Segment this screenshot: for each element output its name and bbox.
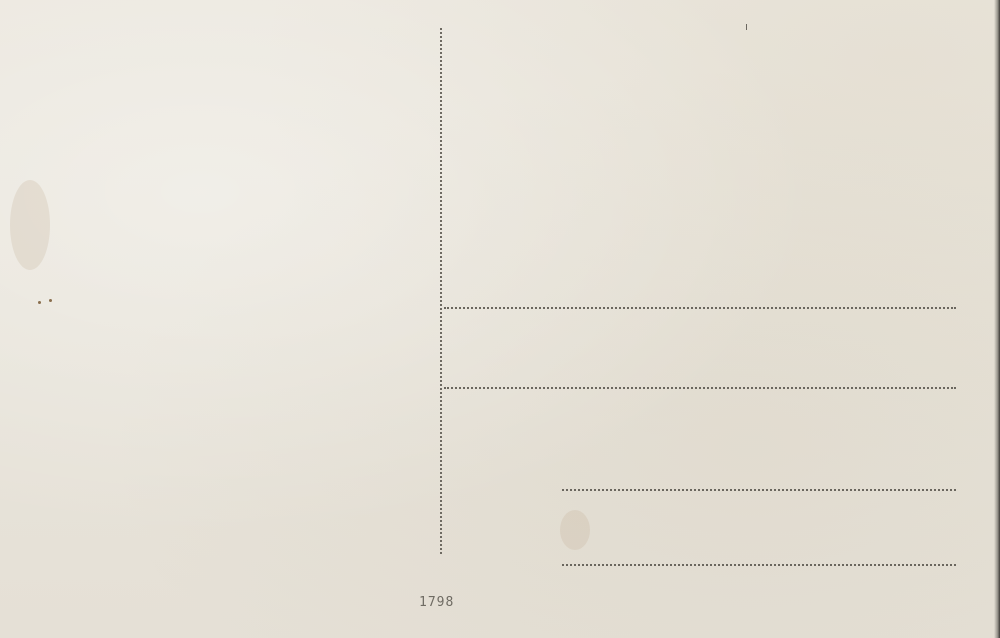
address-line-1 <box>444 307 956 309</box>
address-line-3 <box>562 489 956 491</box>
address-line-2 <box>444 387 956 389</box>
address-line-4 <box>562 564 956 566</box>
center-divider-line <box>440 28 442 554</box>
foxing-spot <box>49 299 52 302</box>
ink-mark <box>746 24 747 30</box>
card-edge-shadow <box>994 0 1000 638</box>
postcard-back: 1798 <box>0 0 1000 638</box>
paper-stain <box>560 510 590 550</box>
print-number: 1798 <box>419 595 454 610</box>
paper-stain <box>10 180 50 270</box>
foxing-spot <box>38 301 41 304</box>
